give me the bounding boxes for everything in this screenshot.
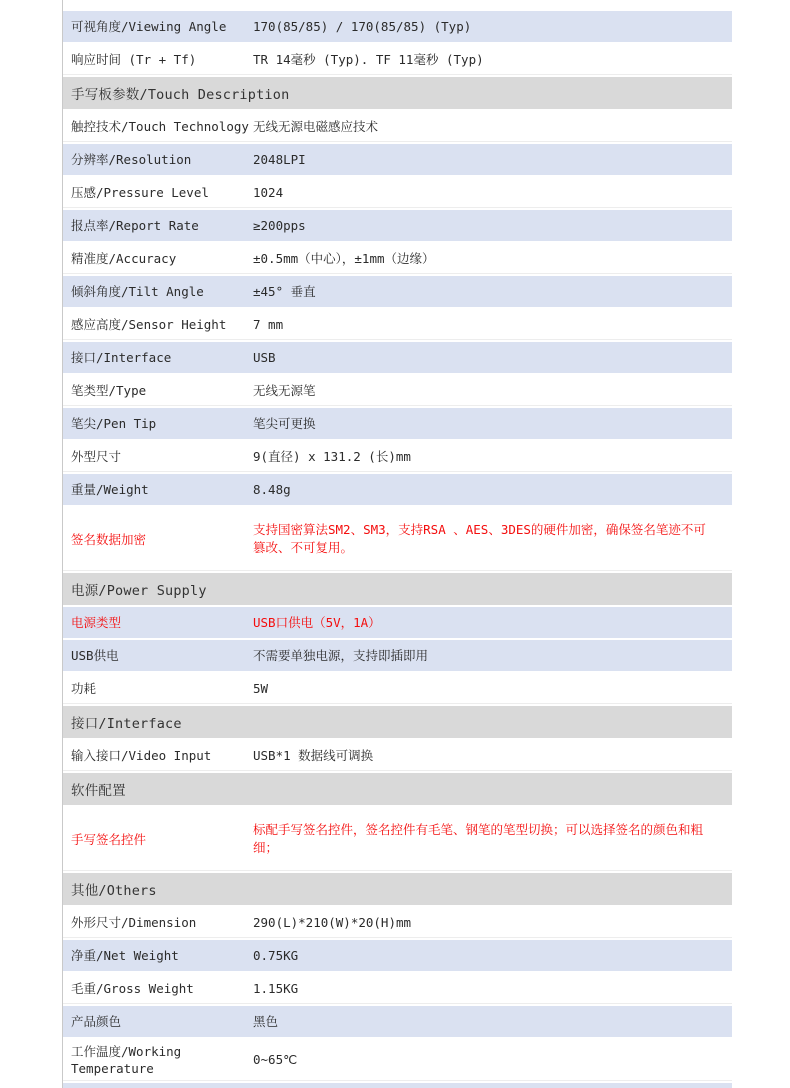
spec-value: 170(85/85) / 170(85/85) (Typ) [253, 18, 732, 36]
section-header: 软件配置 [63, 773, 732, 805]
spec-label: 工作温度/Working Temperature [63, 1043, 253, 1077]
spec-row: 外形尺寸/Dimension290(L)*210(W)*20(H)mm [63, 907, 732, 938]
section-header: 电源/Power Supply [63, 573, 732, 605]
spec-value: 5W [253, 680, 732, 698]
spec-label: 接口/Interface [63, 349, 253, 366]
spec-row: 报点率/Report Rate≥200pps [63, 210, 732, 241]
spec-label: 净重/Net Weight [63, 947, 253, 964]
spec-value: USB*1 数据线可调换 [253, 747, 732, 765]
spec-row: 净重/Net Weight0.75KG [63, 940, 732, 971]
spec-label: 功耗 [63, 680, 253, 697]
spec-value: 不需要单独电源，支持即插即用 [253, 647, 732, 665]
spec-row: 接口/InterfaceUSB [63, 342, 732, 373]
spec-label: 外型尺寸 [63, 448, 253, 465]
spec-label: 触控技术/Touch Technology [63, 118, 253, 135]
spec-value: 7 mm [253, 316, 732, 334]
spec-row: 外型尺寸9(直径) x 131.2 (长)mm [63, 441, 732, 472]
spec-label: 电源类型 [63, 614, 253, 631]
spec-value: 黑色 [253, 1013, 732, 1031]
spec-label: 产品颜色 [63, 1013, 253, 1030]
spec-label: 感应高度/Sensor Height [63, 316, 253, 333]
spec-row: 产品颜色黑色 [63, 1006, 732, 1037]
spec-label: 笔尖/Pen Tip [63, 415, 253, 432]
spec-row: 重量/Weight8.48g [63, 474, 732, 505]
spec-value: ±0.5mm（中心），±1mm（边缘） [253, 250, 732, 268]
spec-row: 触控技术/Touch Technology无线无源电磁感应技术 [63, 111, 732, 142]
spec-label: 报点率/Report Rate [63, 217, 253, 234]
spec-row: 工作温度/Working Temperature0~65℃ [63, 1039, 732, 1081]
spec-value: USB [253, 349, 732, 367]
section-header-label: 其他/Others [63, 879, 157, 899]
spec-label: 输入接口/Video Input [63, 747, 253, 764]
spec-label: 签名数据加密 [63, 531, 253, 548]
section-header-label: 电源/Power Supply [63, 579, 207, 599]
spec-row: 手写签名控件标配手写签名控件，签名控件有毛笔、钢笔的笔型切换；可以选择签名的颜色… [63, 807, 732, 871]
spec-value: 8.48g [253, 481, 732, 499]
table-top-partial-row [63, 0, 732, 9]
spec-value: ±45° 垂直 [253, 283, 732, 301]
spec-row: USB供电不需要单独电源，支持即插即用 [63, 640, 732, 671]
spec-label: 毛重/Gross Weight [63, 980, 253, 997]
spec-label: USB供电 [63, 647, 253, 664]
section-header: 手写板参数/Touch Description [63, 77, 732, 109]
spec-row: 签名数据加密支持国密算法SM2、SM3，支持RSA 、AES、3DES的硬件加密… [63, 507, 732, 571]
spec-label: 倾斜角度/Tilt Angle [63, 283, 253, 300]
spec-row: 功耗5W [63, 673, 732, 704]
spec-row: 感应高度/Sensor Height7 mm [63, 309, 732, 340]
spec-value: TR 14毫秒 (Typ). TF 11毫秒 (Typ) [253, 51, 732, 69]
spec-label: 分辨率/Resolution [63, 151, 253, 168]
spec-row: 电源类型USB口供电（5V，1A） [63, 607, 732, 638]
spec-value: 0~65℃ [253, 1051, 732, 1069]
spec-value: 9(直径) x 131.2 (长)mm [253, 448, 732, 466]
spec-label: 响应时间 (Tr + Tf) [63, 51, 253, 68]
section-header-label: 接口/Interface [63, 712, 182, 732]
spec-value: 标配手写签名控件，签名控件有毛笔、钢笔的笔型切换；可以选择签名的颜色和粗细； [253, 821, 732, 857]
spec-label: 笔类型/Type [63, 382, 253, 399]
spec-value: 1024 [253, 184, 732, 202]
section-header-label: 手写板参数/Touch Description [63, 83, 289, 103]
spec-label: 压感/Pressure Level [63, 184, 253, 201]
spec-value: 2048LPI [253, 151, 732, 169]
spec-row: 输入接口/Video InputUSB*1 数据线可调换 [63, 740, 732, 771]
spec-label: 外形尺寸/Dimension [63, 914, 253, 931]
spec-label: 可视角度/Viewing Angle [63, 18, 253, 35]
spec-value: USB口供电（5V，1A） [253, 614, 732, 632]
spec-value: 无线无源电磁感应技术 [253, 118, 732, 136]
spec-table: 可视角度/Viewing Angle170(85/85) / 170(85/85… [62, 0, 732, 1086]
spec-label: 精准度/Accuracy [63, 250, 253, 267]
spec-value: 290(L)*210(W)*20(H)mm [253, 914, 732, 932]
section-header: 接口/Interface [63, 706, 732, 738]
spec-value: 1.15KG [253, 980, 732, 998]
spec-value: 笔尖可更换 [253, 415, 732, 433]
spec-row: 毛重/Gross Weight1.15KG [63, 973, 732, 1004]
spec-value: 支持国密算法SM2、SM3，支持RSA 、AES、3DES的硬件加密，确保签名笔… [253, 521, 732, 557]
spec-label: 重量/Weight [63, 481, 253, 498]
spec-row: 精准度/Accuracy±0.5mm（中心），±1mm（边缘） [63, 243, 732, 274]
spec-row: 笔类型/Type无线无源笔 [63, 375, 732, 406]
spec-row: 分辨率/Resolution2048LPI [63, 144, 732, 175]
section-header: 其他/Others [63, 873, 732, 905]
spec-row: 笔尖/Pen Tip笔尖可更换 [63, 408, 732, 439]
spec-row: 响应时间 (Tr + Tf)TR 14毫秒 (Typ). TF 11毫秒 (Ty… [63, 44, 732, 75]
spec-row: 倾斜角度/Tilt Angle±45° 垂直 [63, 276, 732, 307]
spec-row: 可视角度/Viewing Angle170(85/85) / 170(85/85… [63, 11, 732, 42]
spec-value: 无线无源笔 [253, 382, 732, 400]
spec-value: 0.75KG [253, 947, 732, 965]
section-header-label: 软件配置 [63, 779, 126, 799]
spec-value: ≥200pps [253, 217, 732, 235]
spec-row: 压感/Pressure Level1024 [63, 177, 732, 208]
spec-label: 手写签名控件 [63, 831, 253, 848]
